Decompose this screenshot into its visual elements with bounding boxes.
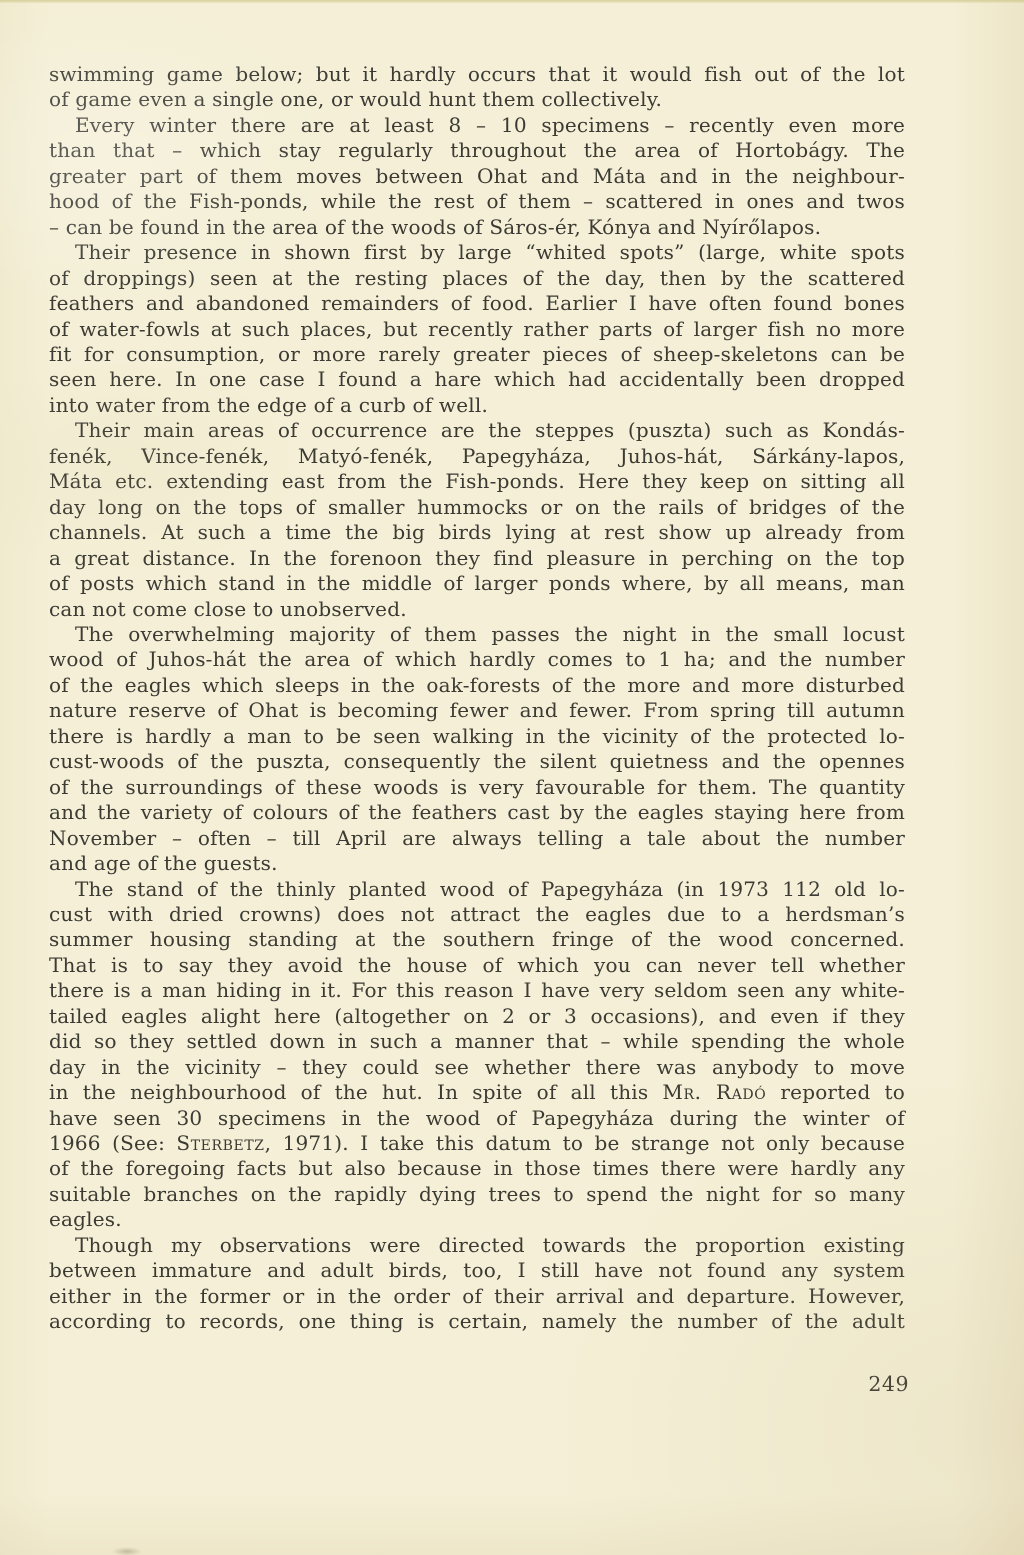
text-line: in the neighbourhood of the hut. In spit… — [49, 1080, 905, 1105]
text-line: can not come close to unobserved. — [49, 597, 905, 622]
text-line: tailed eagles alight here (altogether on… — [49, 1004, 905, 1029]
text-line: November – often – till April are always… — [49, 826, 905, 851]
text-line: Their presence in shown first by large “… — [49, 240, 905, 265]
text-line: The stand of the thinly planted wood of … — [49, 877, 905, 902]
text-line: of the foregoing facts but also because … — [49, 1156, 905, 1181]
text-line: fit for consumption, or more rarely grea… — [49, 342, 905, 367]
text-line: of the eagles which sleeps in the oak-fo… — [49, 673, 905, 698]
text-line: Their main areas of occurrence are the s… — [49, 418, 905, 443]
text-line: seen here. In one case I found a hare wh… — [49, 367, 905, 392]
text-line: either in the former or in the order of … — [49, 1284, 905, 1309]
scan-smudge — [112, 1547, 142, 1555]
text-line: than that – which stay regularly through… — [49, 138, 905, 163]
small-caps-name: Sterbetz — [176, 1131, 264, 1155]
text-line: That is to say they avoid the house of w… — [49, 953, 905, 978]
text-line: eagles. — [49, 1207, 905, 1232]
text-block: swimming game below; but it hardly occur… — [49, 62, 905, 1335]
text-line: – can be found in the area of the woods … — [49, 215, 905, 240]
text-line: nature reserve of Ohat is becoming fewer… — [49, 698, 905, 723]
text-line: swimming game below; but it hardly occur… — [49, 62, 905, 87]
book-page: swimming game below; but it hardly occur… — [0, 0, 1024, 1555]
scanned-book-page: { "page": { "number": "249" }, "colors":… — [0, 0, 1024, 1555]
text-line: there is a man hiding in it. For this re… — [49, 978, 905, 1003]
paragraph: The overwhelming majority of them passes… — [49, 622, 905, 877]
text-line: hood of the Fish-ponds, while the rest o… — [49, 189, 905, 214]
text-line: there is hardly a man to be seen walking… — [49, 724, 905, 749]
text-line: into water from the edge of a curb of we… — [49, 393, 905, 418]
text-line: cust with dried crowns) does not attract… — [49, 902, 905, 927]
text-line: according to records, one thing is certa… — [49, 1309, 905, 1334]
text-line: wood of Juhos-hát the area of which hard… — [49, 647, 905, 672]
text-line: greater part of them moves between Ohat … — [49, 164, 905, 189]
text-line: of droppings) seen at the resting places… — [49, 266, 905, 291]
text-line: of game even a single one, or would hunt… — [49, 87, 905, 112]
text-segment: reported to — [766, 1080, 905, 1104]
text-line: Though my observations were directed tow… — [49, 1233, 905, 1258]
text-line: 1966 (See: Sterbetz, 1971). I take this … — [49, 1131, 905, 1156]
text-line: of posts which stand in the middle of la… — [49, 571, 905, 596]
scan-top-edge — [0, 0, 1024, 3]
text-line: feathers and abandoned remainders of foo… — [49, 291, 905, 316]
text-line: day long on the tops of smaller hummocks… — [49, 495, 905, 520]
text-line: cust-woods of the puszta, consequently t… — [49, 749, 905, 774]
text-line: between immature and adult birds, too, I… — [49, 1258, 905, 1283]
text-segment: , 1971). I take this datum to be strange… — [265, 1131, 905, 1155]
paragraph: Their main areas of occurrence are the s… — [49, 418, 905, 622]
text-segment: 1966 (See: — [49, 1131, 176, 1155]
text-line: Every winter there are at least 8 – 10 s… — [49, 113, 905, 138]
text-line: channels. At such a time the big birds l… — [49, 520, 905, 545]
small-caps-name: Mr. Radó — [662, 1080, 766, 1104]
paragraph: Though my observations were directed tow… — [49, 1233, 905, 1335]
text-segment: in the neighbourhood of the hut. In spit… — [49, 1080, 662, 1104]
text-line: a great distance. In the forenoon they f… — [49, 546, 905, 571]
text-line: of the surroundings of these woods is ve… — [49, 775, 905, 800]
text-line: suitable branches on the rapidly dying t… — [49, 1182, 905, 1207]
text-line: The overwhelming majority of them passes… — [49, 622, 905, 647]
text-line: and the variety of colours of the feathe… — [49, 800, 905, 825]
text-line: and age of the guests. — [49, 851, 905, 876]
paragraph: The stand of the thinly planted wood of … — [49, 877, 905, 1233]
text-line: have seen 30 specimens in the wood of Pa… — [49, 1106, 905, 1131]
text-line: summer housing standing at the southern … — [49, 927, 905, 952]
paragraph: swimming game below; but it hardly occur… — [49, 62, 905, 113]
text-line: Máta etc. extending east from the Fish-p… — [49, 469, 905, 494]
page-number: 249 — [49, 1372, 909, 1396]
text-line: fenék, Vince-fenék, Matyó-fenék, Papegyh… — [49, 444, 905, 469]
text-line: day in the vicinity – they could see whe… — [49, 1055, 905, 1080]
text-line: did so they settled down in such a manne… — [49, 1029, 905, 1054]
paragraph: Their presence in shown first by large “… — [49, 240, 905, 418]
text-line: of water-fowls at such places, but recen… — [49, 317, 905, 342]
paragraph: Every winter there are at least 8 – 10 s… — [49, 113, 905, 240]
